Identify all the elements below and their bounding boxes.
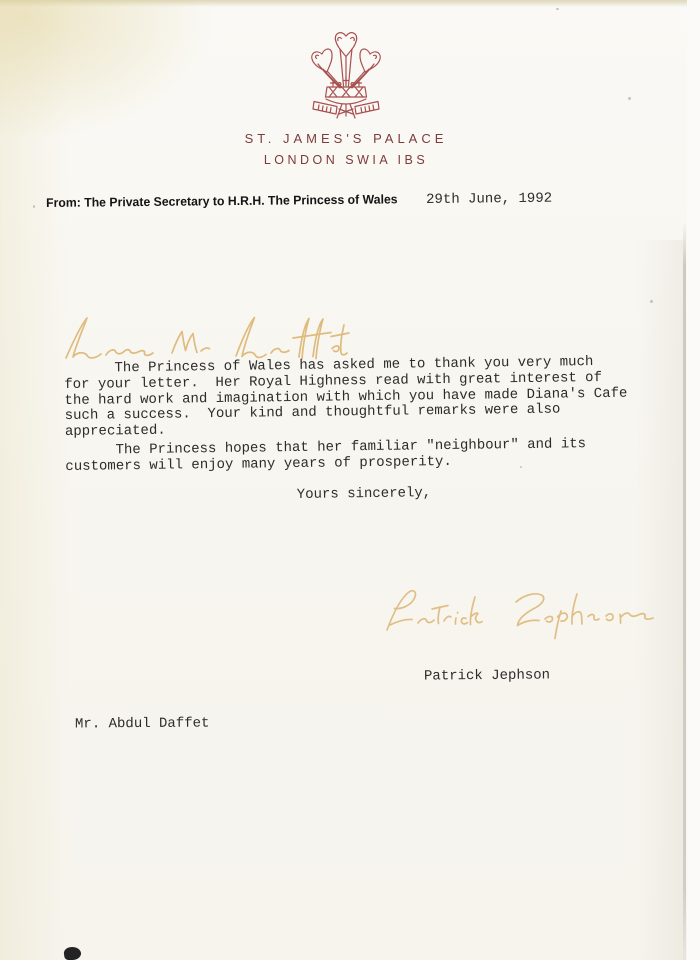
body-paragraph-2: The Princess hopes that her familiar "ne… — [65, 436, 645, 475]
recipient-name: Mr. Abdul Daffet — [75, 716, 210, 733]
letter-body: The Princess of Wales has asked me to th… — [64, 354, 646, 505]
signature-typed-name: Patrick Jephson — [424, 667, 550, 684]
letterhead-palace-name: ST. JAMES'S PALACE — [0, 131, 692, 146]
scan-speck — [33, 205, 35, 208]
scan-speck — [628, 97, 631, 100]
handwritten-signature — [382, 583, 668, 645]
scan-crease-line — [683, 222, 686, 960]
scan-speck — [650, 300, 653, 303]
handwritten-salutation — [60, 312, 350, 364]
scan-speck — [556, 8, 559, 10]
prince-of-wales-feathers-icon — [296, 29, 396, 121]
letterhead: ST. JAMES'S PALACE LONDON SWIA IBS — [0, 131, 692, 167]
letter-date: 29th June, 1992 — [426, 191, 552, 208]
body-paragraph-1: The Princess of Wales has asked me to th… — [64, 354, 645, 441]
scan-ink-blot — [63, 946, 82, 960]
letter-scan-page: ST. JAMES'S PALACE LONDON SWIA IBS From:… — [0, 0, 700, 960]
letterhead-address: LONDON SWIA IBS — [0, 153, 692, 167]
from-line: From: The Private Secretary to H.R.H. Th… — [46, 192, 398, 210]
closing-line: Yours sincerely, — [66, 482, 646, 506]
